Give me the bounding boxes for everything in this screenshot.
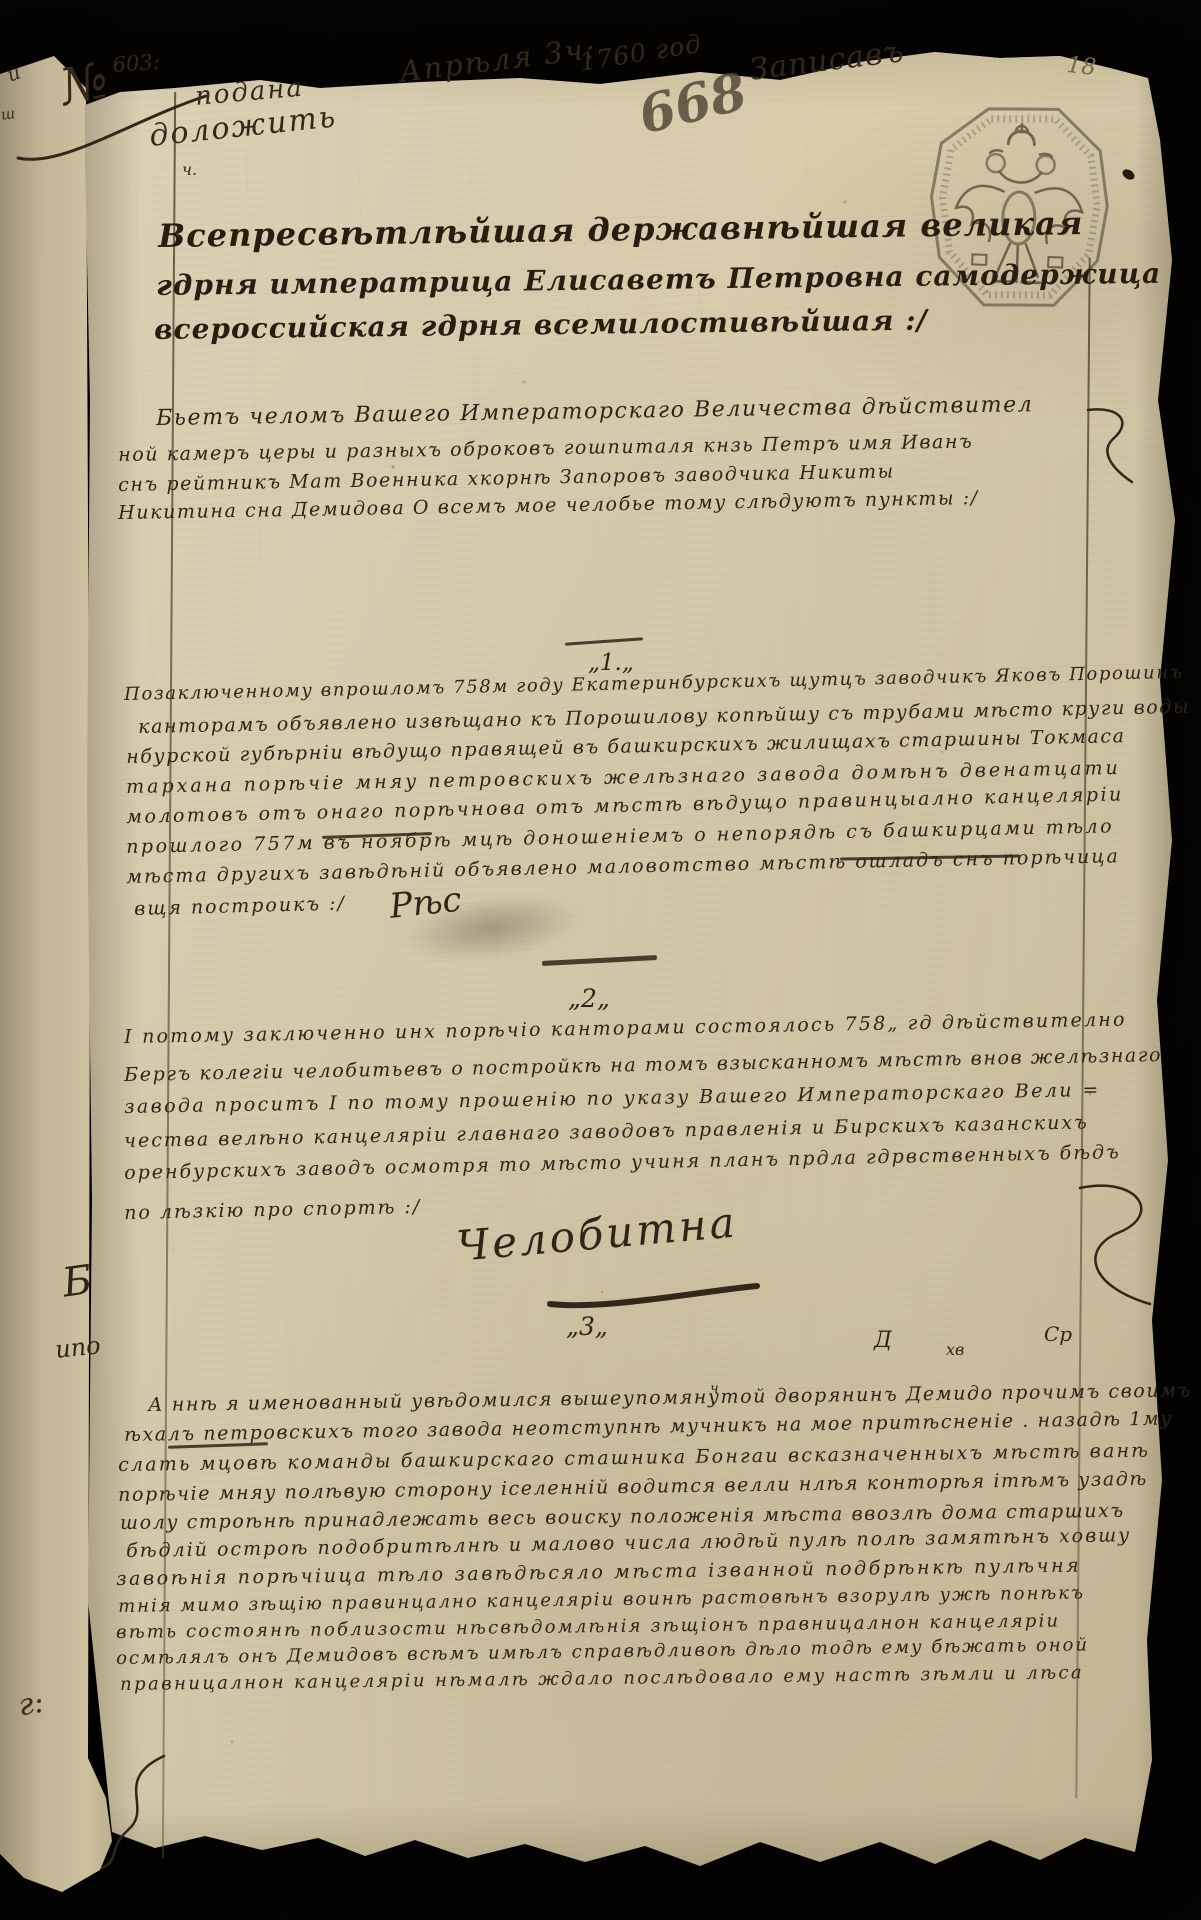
edge-mark-2: ш — [0, 106, 16, 123]
section-3-marker: „3„ — [566, 1314, 608, 1339]
flourish-underline — [545, 1280, 765, 1312]
section-3-superscript-2: Д — [874, 1330, 892, 1352]
section-3-superscript-4: Ср — [1044, 1324, 1072, 1344]
section-3-superscript-3: хв — [946, 1342, 964, 1358]
right-margin-swirl — [1058, 1178, 1178, 1310]
line-end-flourish — [1080, 404, 1140, 488]
section-1-marker: „1.„ — [588, 652, 634, 675]
section-2-marker: „2„ — [568, 986, 610, 1011]
small-mark: ч. — [182, 162, 197, 178]
page-number: 18 — [1066, 54, 1098, 80]
left-margin-note-2: ипо — [54, 1333, 102, 1362]
registration-number: 603: — [112, 52, 161, 76]
manuscript-scan: № 603: подана Апрѣля 3ч: 1760 год Записа… — [0, 0, 1201, 1920]
bottom-left-mark: г: — [16, 1688, 46, 1722]
section-1-end-flourish: Рѣс — [388, 882, 463, 923]
left-margin-note-1: Б — [60, 1260, 95, 1304]
bottom-left-flourish — [92, 1752, 184, 1872]
